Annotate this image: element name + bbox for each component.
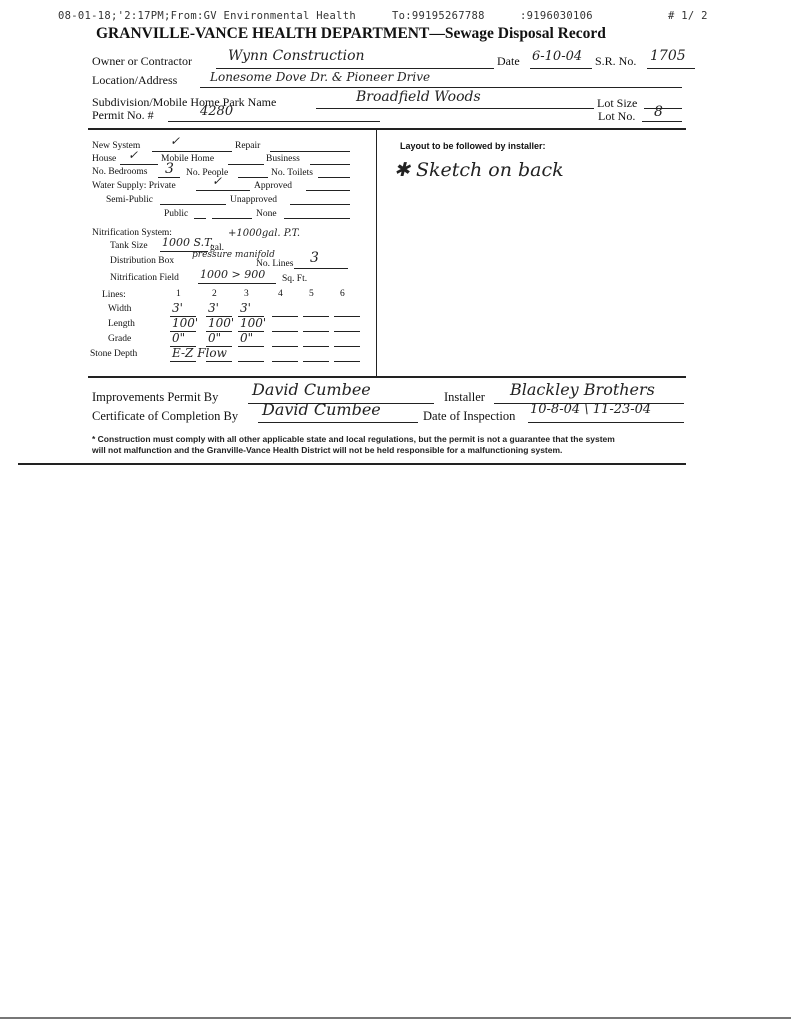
fax-header-from-number: :9196030106 bbox=[520, 10, 593, 22]
tank-size-field[interactable]: 1000 S.T. bbox=[162, 236, 213, 249]
line-cell[interactable]: E-Z Flow bbox=[172, 346, 227, 360]
line-cell[interactable]: 3' bbox=[240, 301, 251, 315]
form-bottom-rule bbox=[18, 463, 686, 465]
date-field[interactable]: 6-10-04 bbox=[532, 49, 582, 64]
approved-label: Approved bbox=[254, 181, 292, 191]
certificate-label: Certificate of Completion By bbox=[92, 409, 238, 424]
lot-no-label: Lot No. bbox=[598, 109, 635, 124]
page-bottom-edge bbox=[0, 1017, 791, 1019]
location-field[interactable]: Lonesome Dove Dr. & Pioneer Drive bbox=[210, 70, 430, 84]
lines-count-field[interactable]: 3 bbox=[310, 250, 319, 266]
fax-header-origin: 08-01-18;'2:17PM;From:GV Environmental H… bbox=[58, 10, 356, 22]
sr-label: S.R. No. bbox=[595, 54, 636, 69]
permit-number-field[interactable]: 4280 bbox=[200, 104, 233, 119]
line-row-label: Grade bbox=[108, 334, 131, 344]
section-divider-vertical bbox=[376, 130, 377, 376]
unapproved-label: Unapproved bbox=[230, 195, 277, 205]
permit-by-label: Improvements Permit By bbox=[92, 390, 218, 405]
repair-label: Repair bbox=[235, 141, 260, 151]
new-system-check[interactable]: ✓ bbox=[170, 134, 180, 148]
inspection-date-field[interactable]: 10-8-04 \ 11-23-04 bbox=[530, 402, 651, 417]
installer-field[interactable]: Blackley Brothers bbox=[510, 380, 655, 399]
disclaimer-line-2: will not malfunction and the Granville-V… bbox=[92, 445, 562, 455]
line-cell[interactable]: 3' bbox=[172, 301, 183, 315]
fax-header-to: To:99195267788 bbox=[392, 10, 485, 22]
nitrification-field-label: Nitrification Field bbox=[110, 273, 179, 283]
owner-label: Owner or Contractor bbox=[92, 54, 192, 69]
line-number-5: 5 bbox=[309, 289, 314, 299]
house-label: House bbox=[92, 154, 116, 164]
tank-size-label: Tank Size bbox=[110, 241, 148, 251]
water-private-check[interactable]: ✓ bbox=[212, 174, 222, 188]
line-cell[interactable]: 100' bbox=[208, 316, 234, 330]
section-divider-top bbox=[88, 128, 686, 130]
line-number-3: 3 bbox=[244, 289, 249, 299]
distribution-box-label: Distribution Box bbox=[110, 256, 174, 266]
tank-note: +1000gal. P.T. bbox=[228, 228, 300, 239]
installer-label: Installer bbox=[444, 390, 485, 405]
bedrooms-field[interactable]: 3 bbox=[165, 161, 174, 177]
line-number-2: 2 bbox=[212, 289, 217, 299]
field-unit: Sq. Ft. bbox=[282, 274, 307, 284]
line-number-1: 1 bbox=[176, 289, 181, 299]
line-cell[interactable]: 0" bbox=[208, 331, 221, 345]
lines-row-label: Lines: bbox=[102, 290, 126, 300]
line-row-label: Length bbox=[108, 319, 135, 329]
line-row-label: Stone Depth bbox=[90, 349, 137, 359]
line-cell[interactable]: 100' bbox=[240, 316, 266, 330]
permit-by-field[interactable]: David Cumbee bbox=[252, 380, 371, 399]
owner-field[interactable]: Wynn Construction bbox=[228, 48, 365, 64]
permit-label: Permit No. # bbox=[92, 108, 154, 123]
lot-no-field[interactable]: 8 bbox=[654, 104, 663, 120]
location-label: Location/Address bbox=[92, 73, 177, 88]
toilets-label: No. Toilets bbox=[271, 168, 313, 178]
water-supply-label: Water Supply: Private bbox=[92, 181, 176, 191]
layout-label: Layout to be followed by installer: bbox=[400, 141, 546, 151]
sr-number-field[interactable]: 1705 bbox=[650, 48, 686, 64]
nitrification-heading: Nitrification System: bbox=[92, 228, 172, 238]
section-divider-bottom bbox=[88, 376, 686, 378]
nitrification-field-value[interactable]: 1000 > 900 bbox=[200, 268, 265, 281]
line-number-6: 6 bbox=[340, 289, 345, 299]
bedrooms-label: No. Bedrooms bbox=[92, 167, 147, 177]
line-row-label: Width bbox=[108, 304, 131, 314]
date-label: Date bbox=[497, 54, 520, 69]
line-cell[interactable]: 100' bbox=[172, 316, 198, 330]
line-cell[interactable]: 0" bbox=[240, 331, 253, 345]
business-label: Business bbox=[266, 154, 300, 164]
line-cell[interactable]: 0" bbox=[172, 331, 185, 345]
fax-page-number: # 1/ 2 bbox=[668, 10, 708, 22]
line-cell[interactable]: 3' bbox=[208, 301, 219, 315]
certificate-field[interactable]: David Cumbee bbox=[262, 400, 381, 419]
semi-public-label: Semi-Public bbox=[106, 195, 153, 205]
layout-field[interactable]: ✱ Sketch on back bbox=[394, 159, 564, 181]
form-title: GRANVILLE-VANCE HEALTH DEPARTMENT—Sewage… bbox=[96, 25, 606, 43]
inspection-date-label: Date of Inspection bbox=[423, 409, 515, 424]
line-number-4: 4 bbox=[278, 289, 283, 299]
public-label: Public bbox=[164, 209, 188, 219]
house-check[interactable]: ✓ bbox=[128, 148, 138, 162]
subdivision-field[interactable]: Broadfield Woods bbox=[356, 89, 481, 105]
disclaimer-line-1: * Construction must comply with all othe… bbox=[92, 434, 615, 444]
none-label: None bbox=[256, 209, 277, 219]
